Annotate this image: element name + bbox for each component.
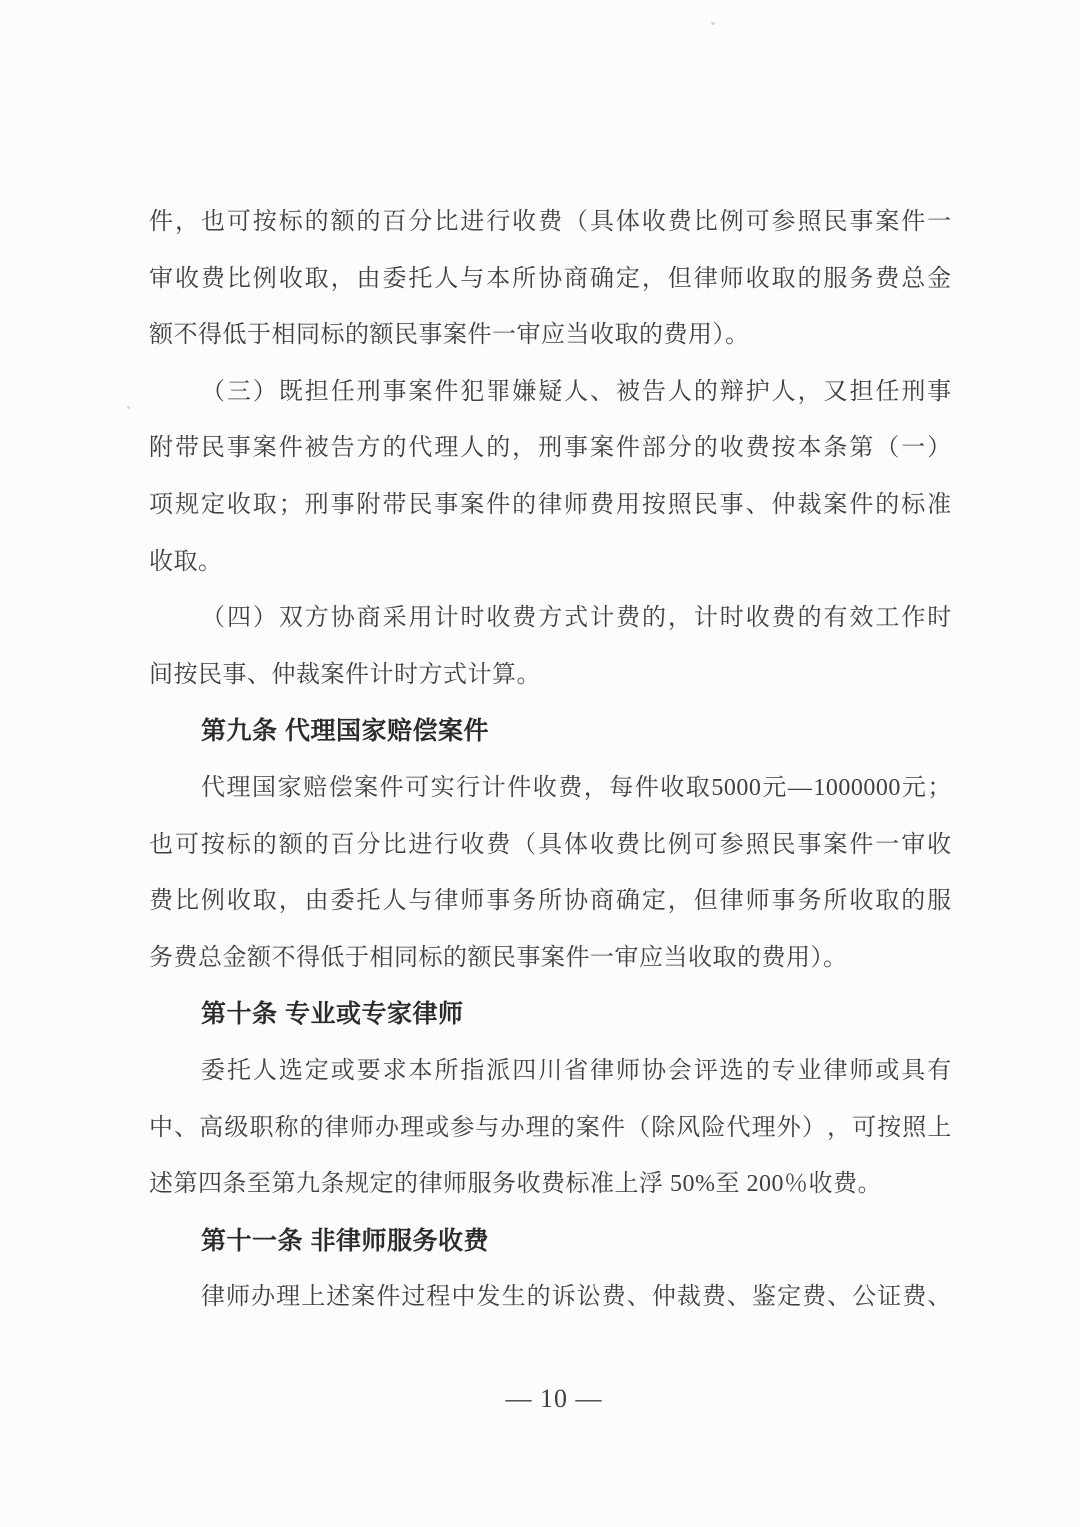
text-line: 审收费比例收取，由委托人与本所协商确定，但律师收取的服务费总金 [149, 251, 952, 308]
text-line: （三）既担任刑事案件犯罪嫌疑人、被告人的辩护人，又担任刑事 [149, 364, 952, 421]
text-line: 项规定收取；刑事附带民事案件的律师费用按照民事、仲裁案件的标准 [149, 477, 952, 534]
text-line: 额不得低于相同标的额民事案件一审应当收取的费用）。 [149, 307, 952, 364]
text-line: 也可按标的额的百分比进行收费（具体收费比例可参照民事案件一审收 [149, 817, 952, 874]
section-heading: 第十一条 非律师服务收费 [149, 1213, 952, 1270]
scan-noise-dot [127, 406, 130, 409]
scan-noise-dot [724, 1188, 727, 1190]
text-line: 述第四条至第九条规定的律师服务收费标准上浮 50%至 200％收费。 [149, 1156, 952, 1213]
section-heading: 第九条 代理国家赔偿案件 [149, 703, 952, 760]
text-line: 中、高级职称的律师办理或参与办理的案件（除风险代理外），可按照上 [149, 1100, 952, 1157]
text-line: 务费总金额不得低于相同标的额民事案件一审应当收取的费用）。 [149, 930, 952, 987]
text-line: 委托人选定或要求本所指派四川省律师协会评选的专业律师或具有 [149, 1043, 952, 1100]
scan-noise-dot [711, 22, 715, 25]
text-line: 收取。 [149, 534, 952, 591]
page-number: — 10 — [14, 1384, 1080, 1414]
document-body: 件，也可按标的额的百分比进行收费（具体收费比例可参照民事案件一审收费比例收取，由… [149, 194, 952, 1326]
section-heading: 第十条 专业或专家律师 [149, 986, 952, 1043]
text-line: 附带民事案件被告方的代理人的，刑事案件部分的收费按本条第（一） [149, 420, 952, 477]
text-line: 代理国家赔偿案件可实行计件收费，每件收取5000元—1000000元； [149, 760, 952, 817]
text-line: 间按民事、仲裁案件计时方式计算。 [149, 647, 952, 704]
document-page: 件，也可按标的额的百分比进行收费（具体收费比例可参照民事案件一审收费比例收取，由… [0, 0, 1080, 1527]
text-line: 件，也可按标的额的百分比进行收费（具体收费比例可参照民事案件一 [149, 194, 952, 251]
text-line: 费比例收取，由委托人与律师事务所协商确定，但律师事务所收取的服 [149, 873, 952, 930]
text-line: （四）双方协商采用计时收费方式计费的，计时收费的有效工作时 [149, 590, 952, 647]
text-line: 律师办理上述案件过程中发生的诉讼费、仲裁费、鉴定费、公证费、 [149, 1269, 952, 1326]
